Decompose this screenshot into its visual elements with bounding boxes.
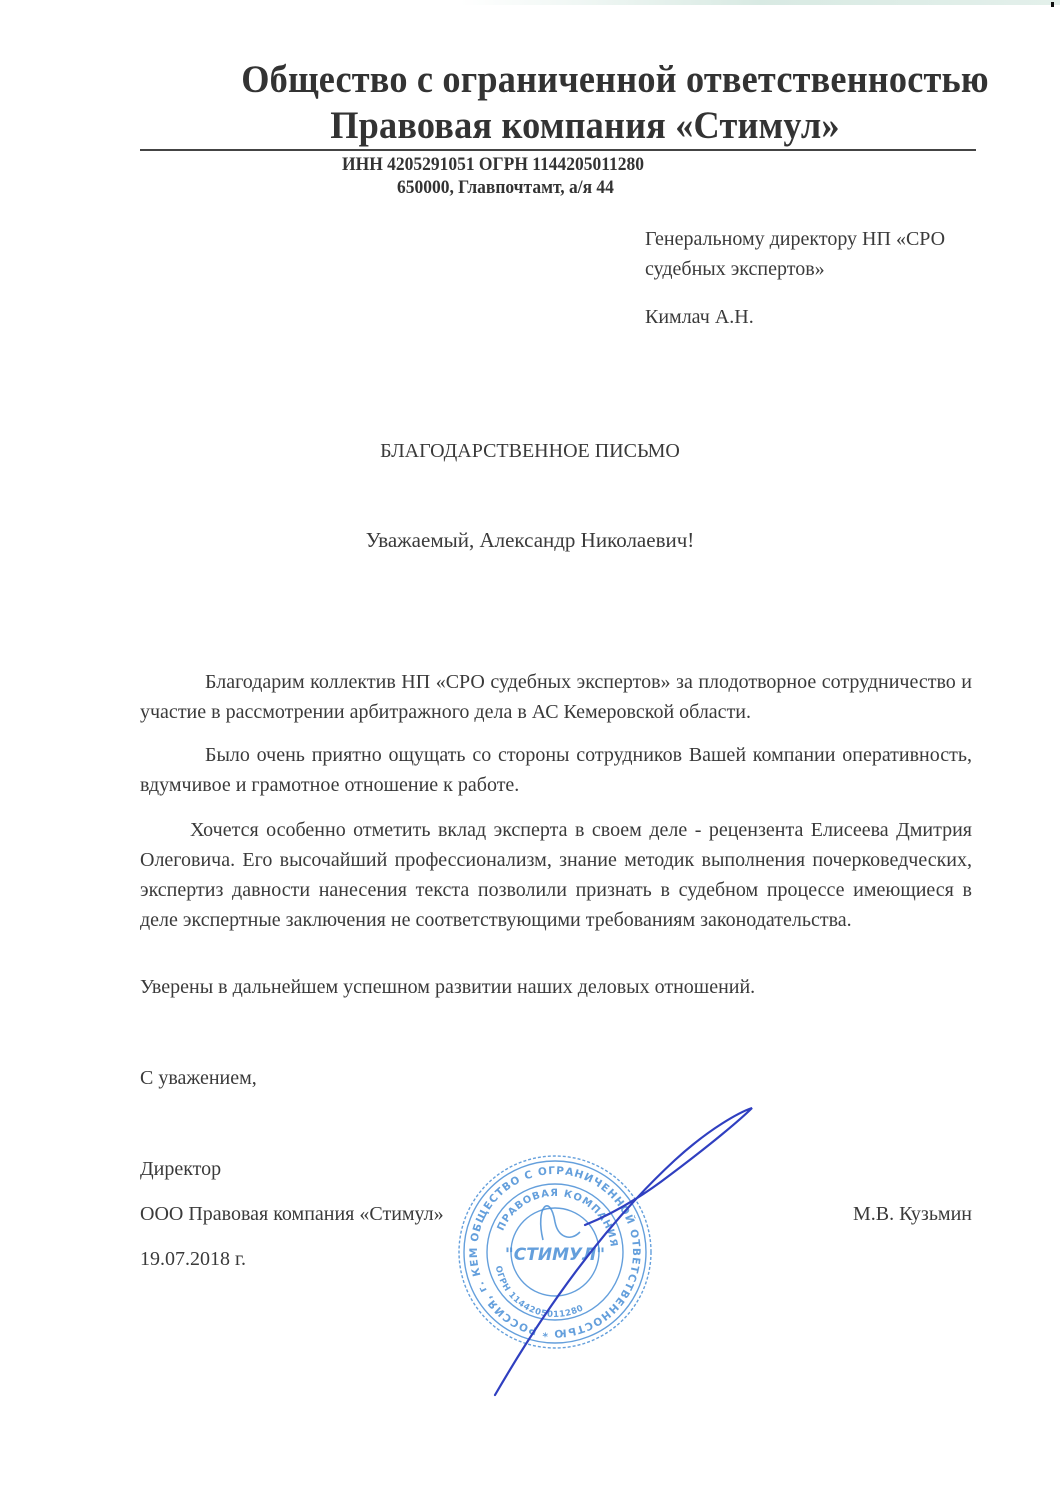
document-title: БЛАГОДАРСТВЕННОЕ ПИСЬМО <box>0 440 1060 463</box>
company-seal-stamp: ОБЩЕСТВО С ОГРАНИЧЕННОЙ ОТВЕТСТВЕННОСТЬЮ… <box>455 1152 655 1352</box>
paragraph-thanks: Благодарим коллектив НП «СРО судебных эк… <box>140 667 972 727</box>
addressee-block: Генеральному директору НП «СРО судебных … <box>645 224 985 332</box>
paragraph-expert-contribution: Хочется особенно отметить вклад эксперта… <box>140 815 972 935</box>
letter-date: 19.07.2018 г. <box>140 1248 246 1271</box>
stamp-center-text: "СТИМУЛ" <box>505 1245 605 1265</box>
letterhead-company-name: Правовая компания «Стимул» <box>143 103 1027 148</box>
letterhead-registration: ИНН 4205291051 ОГРН 1144205011280 <box>342 154 644 176</box>
letterhead-address: 650000, Главпочтамт, а/я 44 <box>397 177 614 199</box>
signer-organization: ООО Правовая компания «Стимул» <box>140 1203 444 1226</box>
addressee-position: Генеральному директору НП «СРО судебных … <box>645 228 945 280</box>
scan-edge-artifact <box>460 0 1060 5</box>
scan-mark-artifact <box>1051 2 1054 7</box>
signer-role: Директор <box>140 1158 221 1181</box>
letterhead-company-type: Общество с ограниченной ответственностью <box>173 57 1057 102</box>
letterhead-divider <box>140 149 976 151</box>
paragraph-future: Уверены в дальнейшем успешном развитии н… <box>140 972 972 1002</box>
signer-name: М.В. Кузьмин <box>853 1203 972 1226</box>
closing-phrase: С уважением, <box>140 1067 257 1090</box>
paragraph-appreciation: Было очень приятно ощущать со стороны со… <box>140 740 972 800</box>
addressee-name: Кимлач А.Н. <box>645 302 985 332</box>
greeting: Уважаемый, Александр Николаевич! <box>0 528 1060 553</box>
